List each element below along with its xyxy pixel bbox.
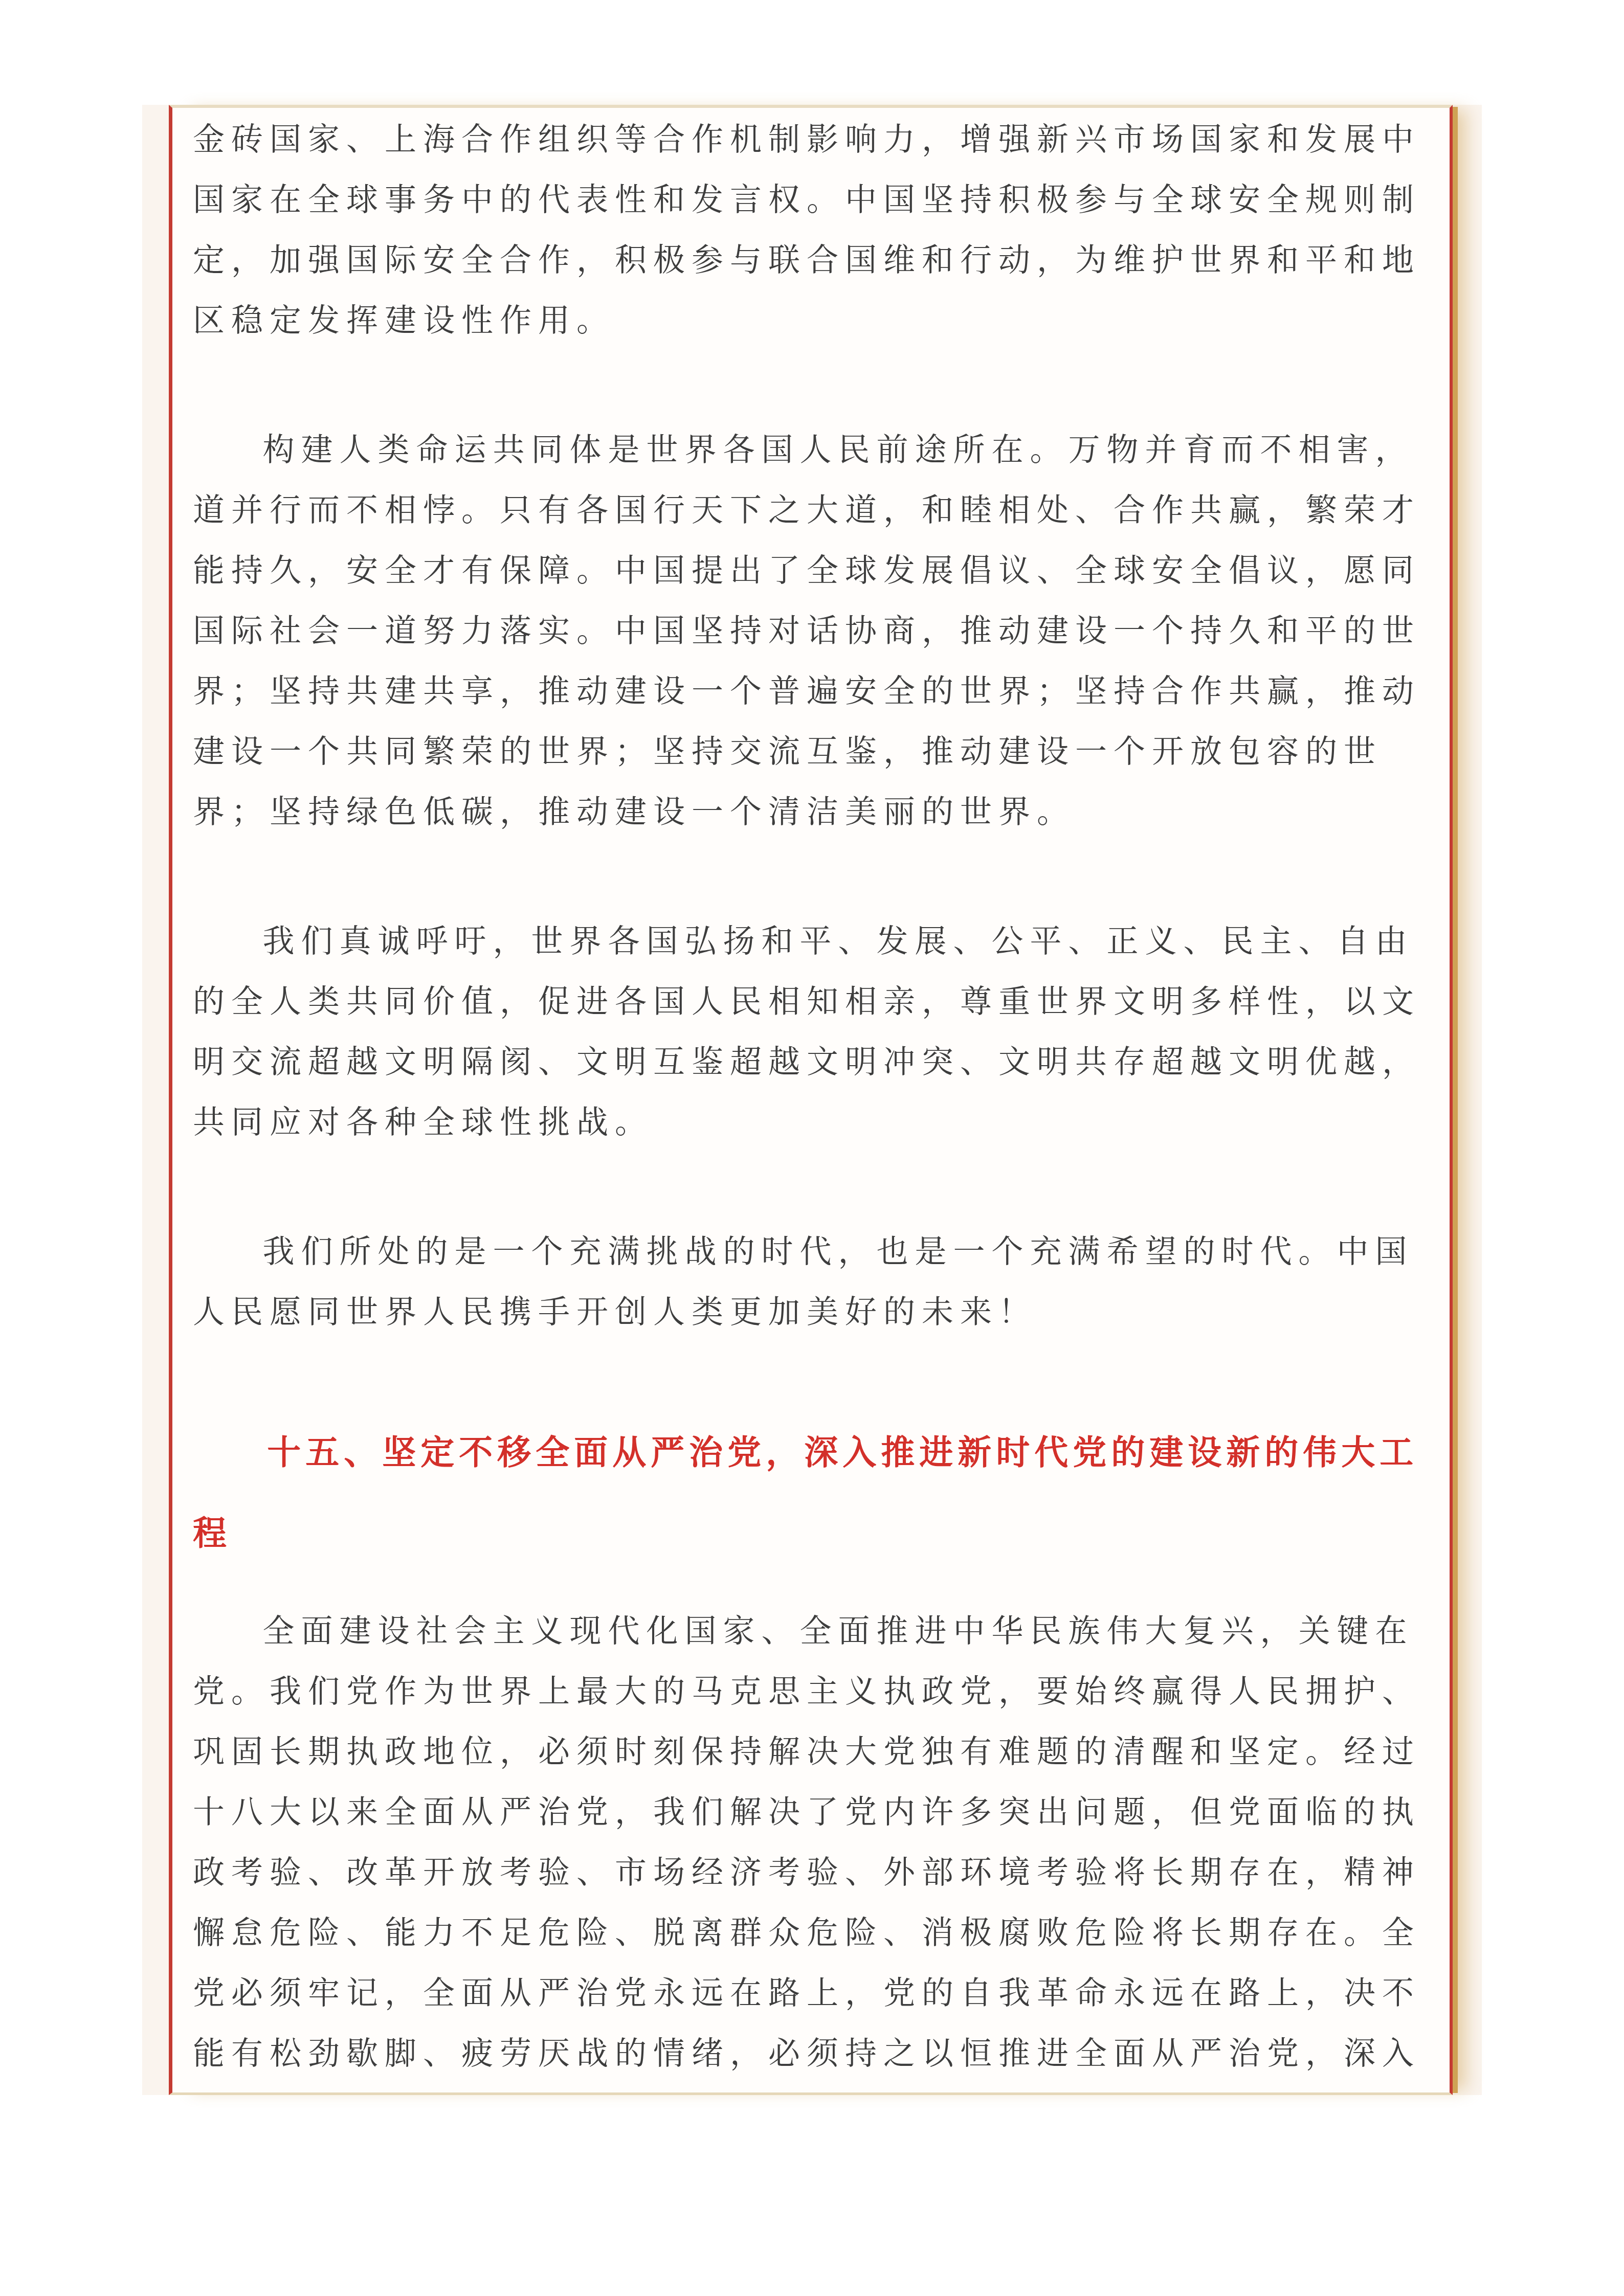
- article-page: 金砖国家、上海合作组织等合作机制影响力，增强新兴市场国家和发展中 国家在全球事务…: [0, 0, 1624, 2296]
- paragraph-era-of-hope: 我们所处的是一个充满挑战的时代，也是一个充满希望的时代。中国 人民愿同世界人民携…: [193, 1222, 1434, 1343]
- paragraph-party-self-governance: 全面建设社会主义现代化国家、全面推进中华民族伟大复兴，关键在 党。我们党作为世界…: [193, 1602, 1434, 2084]
- article-card: 金砖国家、上海合作组织等合作机制影响力，增强新兴市场国家和发展中 国家在全球事务…: [169, 105, 1453, 2095]
- decorative-frame: 金砖国家、上海合作组织等合作机制影响力，增强新兴市场国家和发展中 国家在全球事务…: [142, 105, 1482, 2095]
- section-heading-15: 十五、坚定不移全面从严治党，深入推进新时代党的建设新的伟大工 程: [193, 1412, 1434, 1573]
- paragraph-global-security: 金砖国家、上海合作组织等合作机制影响力，增强新兴市场国家和发展中 国家在全球事务…: [193, 110, 1434, 351]
- paragraph-common-values: 我们真诚呼吁，世界各国弘扬和平、发展、公平、正义、民主、自由 的全人类共同价值，…: [193, 912, 1434, 1153]
- paragraph-community-shared-future: 构建人类命运共同体是世界各国人民前途所在。万物并育而不相害， 道并行而不相悖。只…: [193, 420, 1434, 843]
